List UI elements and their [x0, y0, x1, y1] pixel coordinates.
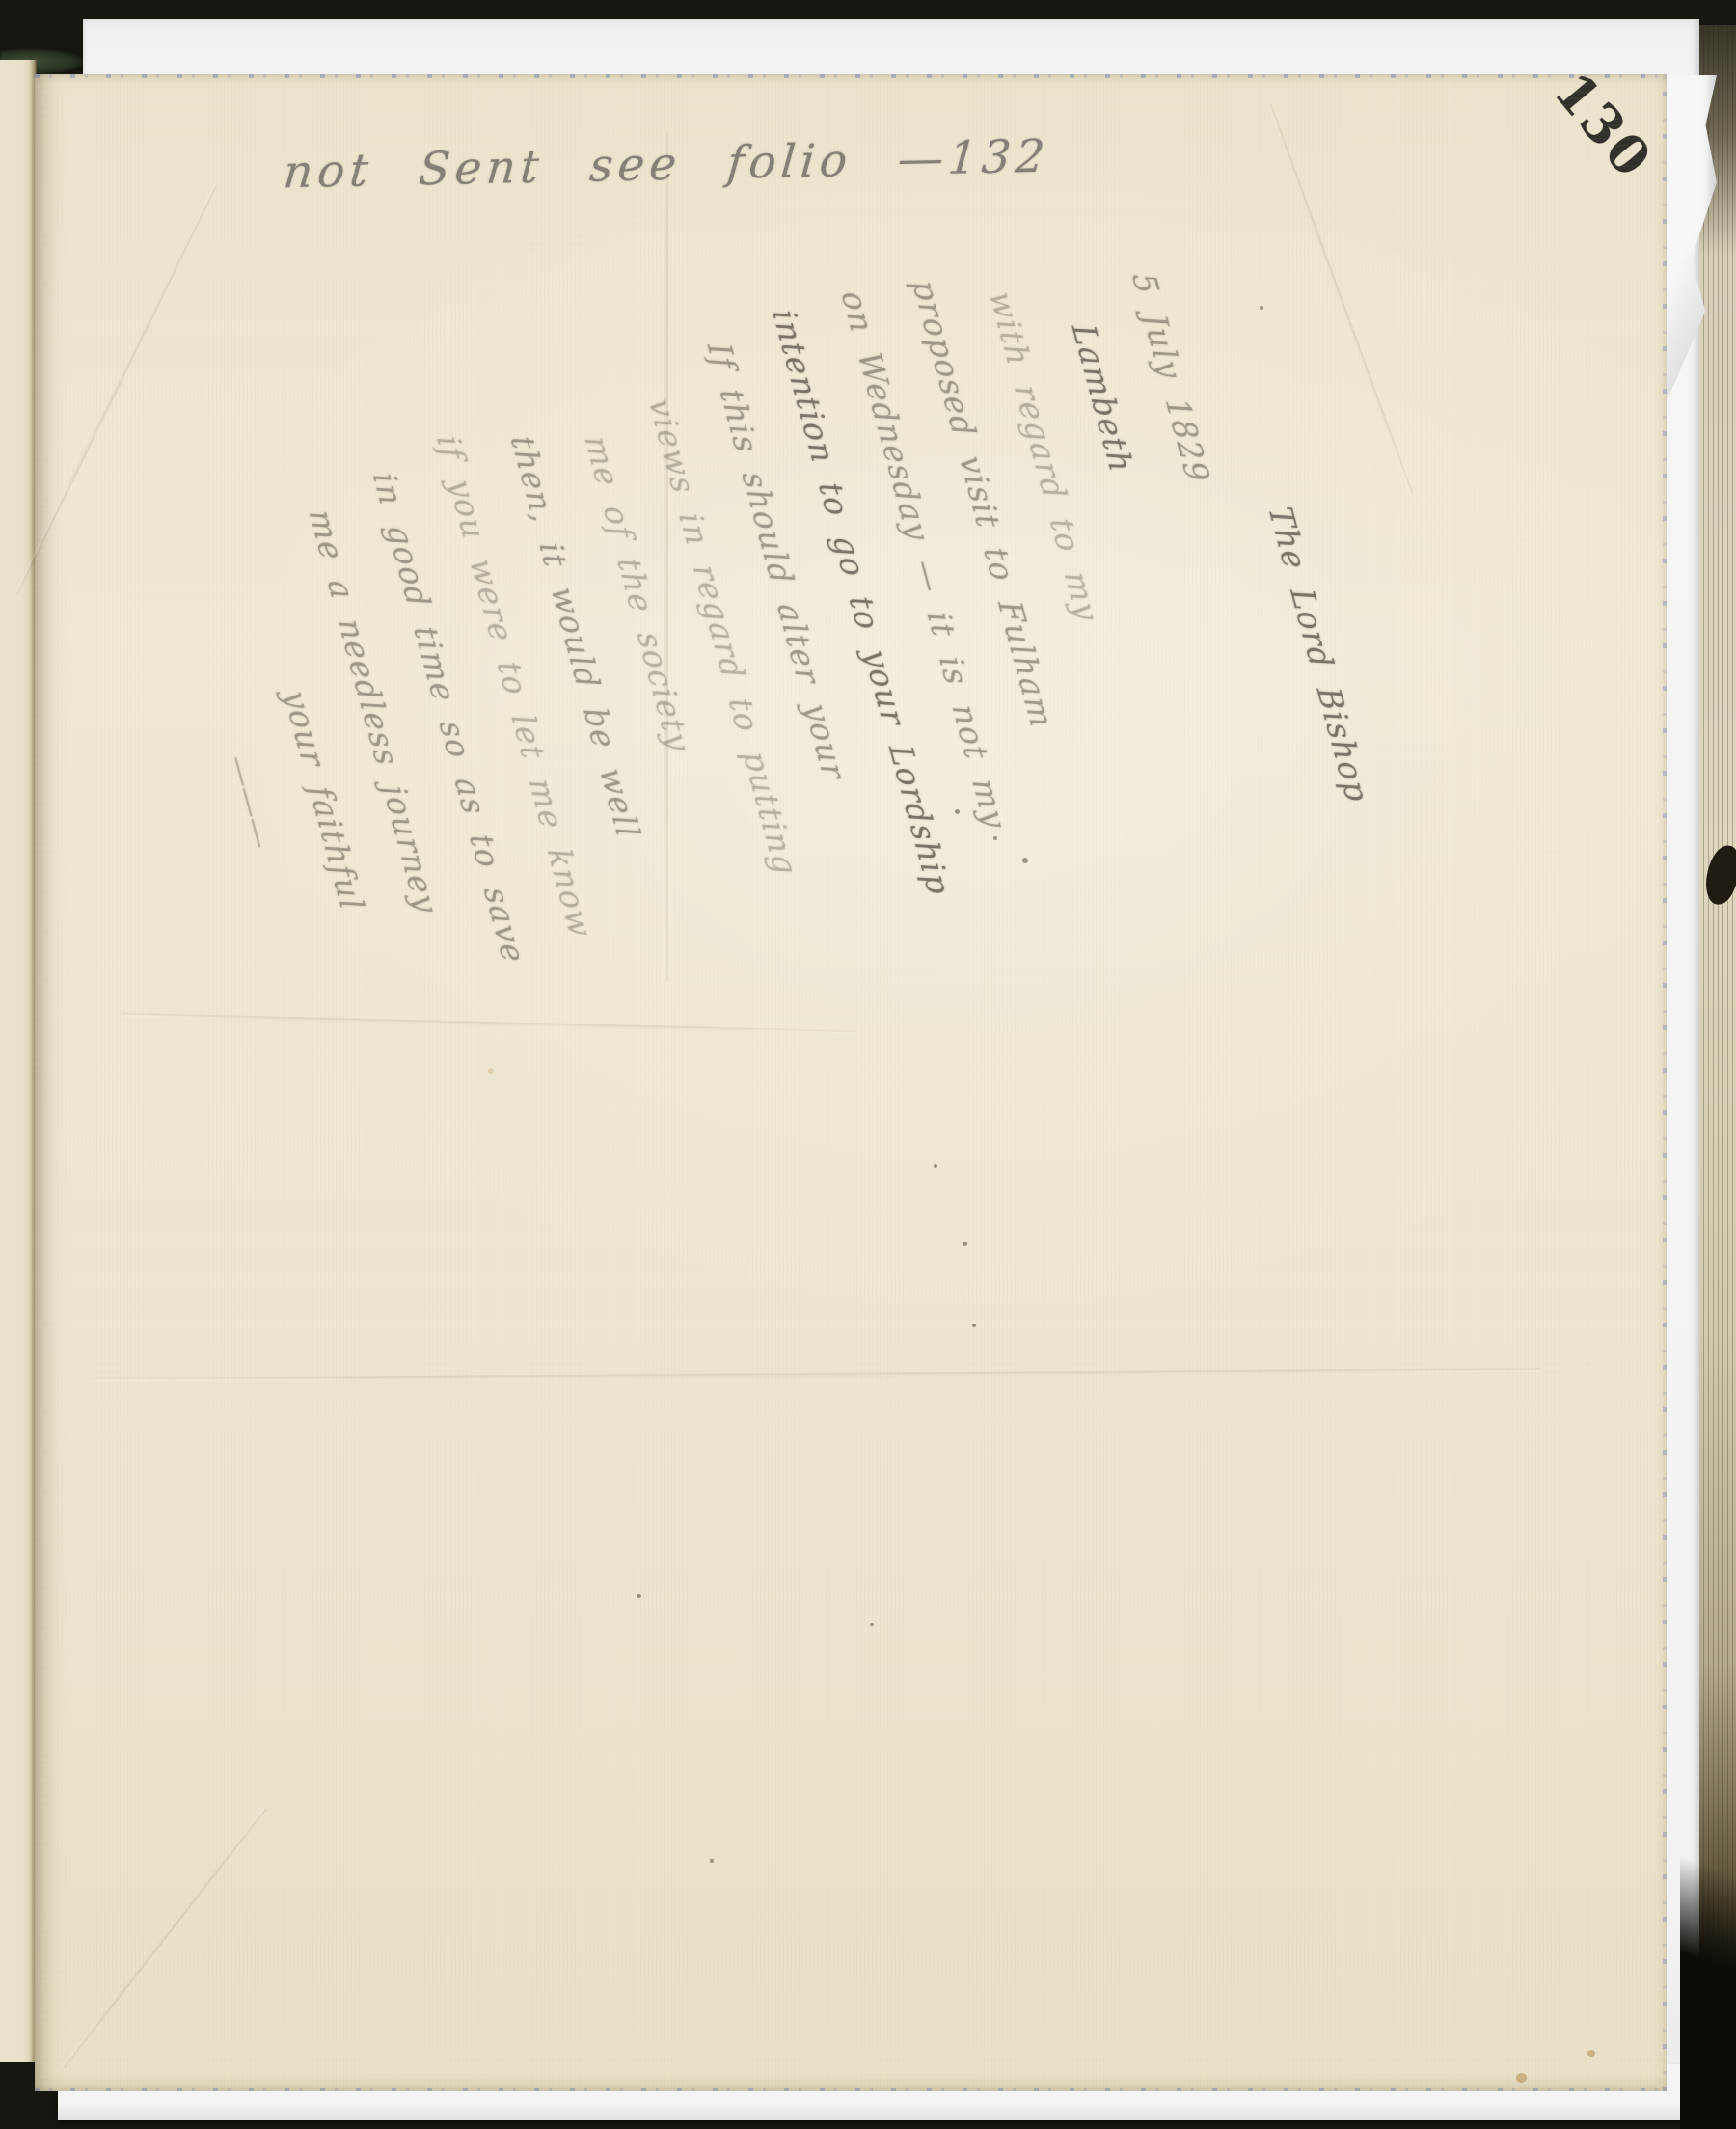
blue-edge-dots-bottom: [35, 2088, 1667, 2091]
paper-crease: [95, 1368, 1541, 1381]
ink-blot: [1703, 843, 1736, 907]
paper-speck: [1260, 306, 1263, 310]
previous-page-edge: [0, 60, 37, 2062]
paper-speck: [1022, 858, 1028, 863]
blue-edge-dots-top: [35, 74, 1667, 78]
paper-speck: [993, 836, 997, 840]
foxing-spot: [1516, 2073, 1527, 2083]
paper-speck: [710, 1859, 714, 1863]
scanned-archive-photo: { "document": { "page_number_stamp": "13…: [0, 0, 1736, 2129]
paper-speck: [955, 809, 960, 814]
paper-speck: [963, 1242, 967, 1246]
handwritten-letter: The Lord Bishop 5 July 1829 Lambeth with…: [128, 190, 1396, 1101]
paper-speck: [972, 1324, 976, 1327]
blue-edge-dots-right: [1663, 74, 1667, 2091]
paper-speck: [637, 1594, 641, 1598]
paper-speck: [934, 1164, 937, 1168]
foxing-spot: [488, 1068, 494, 1074]
manuscript-page: 130 not Sent see folio —132 The Lord Bis…: [35, 74, 1667, 2091]
page-number-stamp: 130: [1546, 64, 1662, 187]
shadow-bottom-right: [1680, 1844, 1736, 2129]
foxing-spot: [1587, 2050, 1595, 2057]
archivist-note: not Sent see folio —132: [282, 130, 1051, 200]
book-fore-edge: [1694, 25, 1736, 2129]
paper-speck: [870, 1623, 874, 1626]
paper-crease: [62, 1808, 266, 2068]
